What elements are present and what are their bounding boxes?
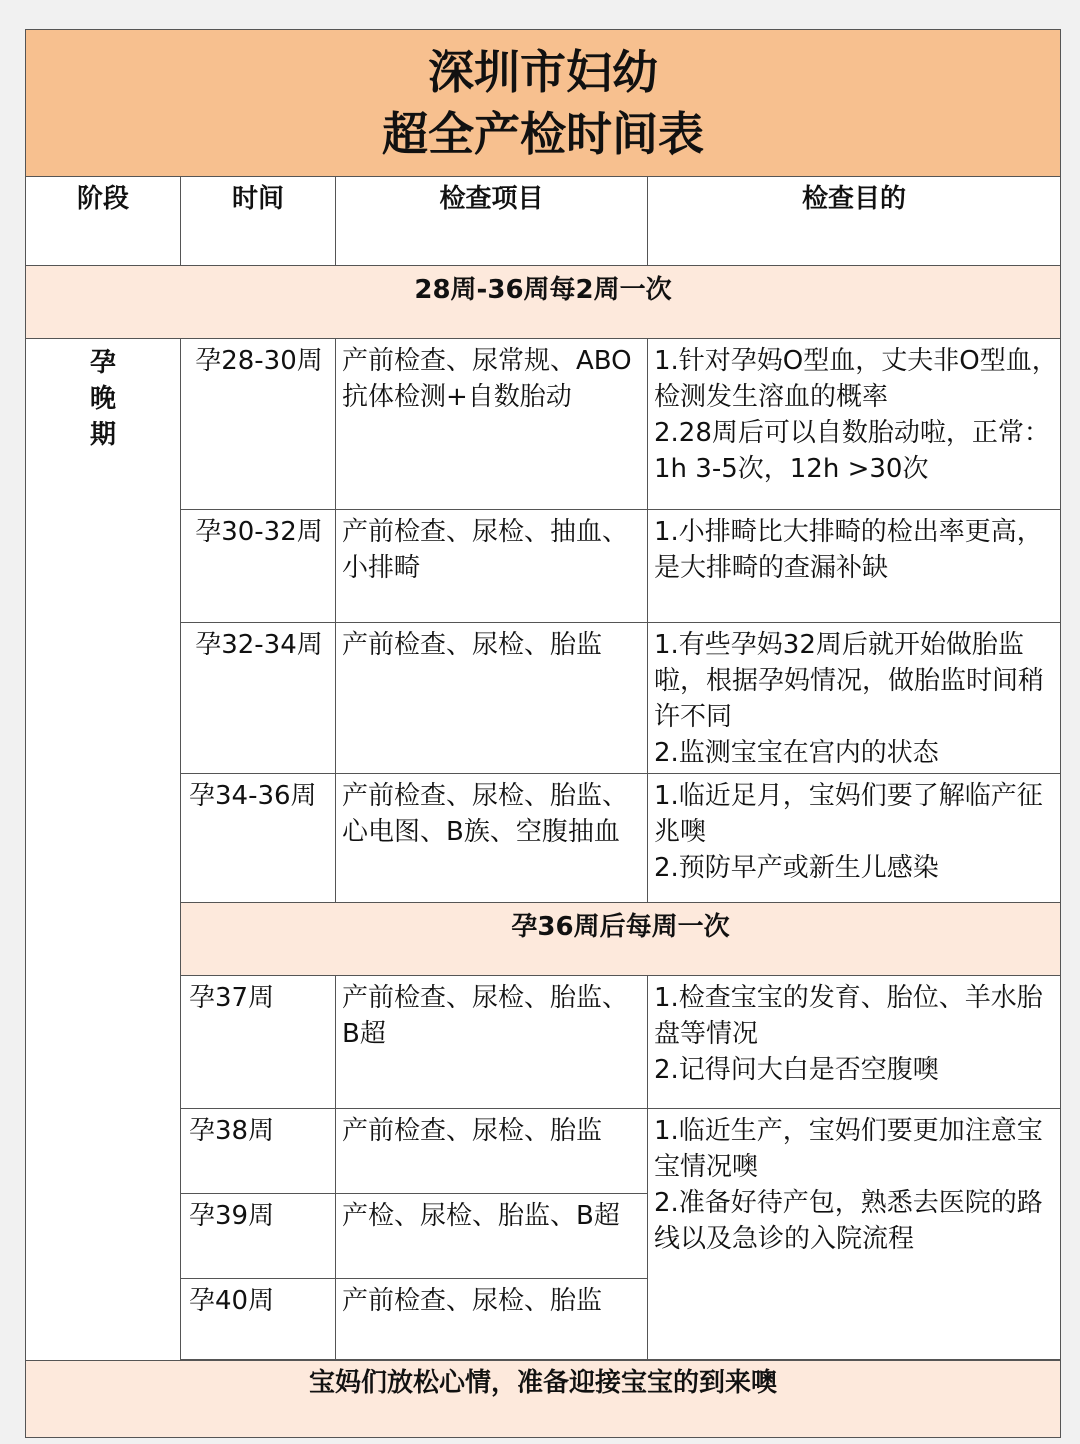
column-header-time: 时间 xyxy=(181,177,336,266)
table-row: 孕38周 产前检查、尿检、胎监 1.临近生产，宝妈们要更加注意宝宝情况噢 2.准… xyxy=(26,1109,1061,1194)
purpose-cell: 1.检查宝宝的发育、胎位、羊水胎盘等情况 2.记得问大白是否空腹噢 xyxy=(648,976,1061,1109)
items-cell: 产前检查、尿常规、ABO抗体检测+自数胎动 xyxy=(336,339,648,510)
table-row: 孕32-34周 产前检查、尿检、胎监 1.有些孕妈32周后就开始做胎监啦，根据孕… xyxy=(26,623,1061,774)
items-cell: 产检、尿检、胎监、B超 xyxy=(336,1194,648,1279)
purpose-cell: 1.针对孕妈O型血，丈夫非O型血，检测发生溶血的概率 2.28周后可以自数胎动啦… xyxy=(648,339,1061,510)
section-band-biweekly: 28周-36周每2周一次 xyxy=(26,266,1061,339)
time-cell: 孕37周 xyxy=(181,976,336,1109)
time-cell: 孕34-36周 xyxy=(181,774,336,903)
time-cell: 孕32-34周 xyxy=(181,623,336,774)
time-cell: 孕28-30周 xyxy=(181,339,336,510)
time-cell: 孕40周 xyxy=(181,1279,336,1360)
checkup-schedule-sheet: 深圳市妇幼 超全产检时间表 阶段 时间 检查项目 检查目的 28周-36周每2周… xyxy=(25,29,1060,1438)
purpose-cell: 1.临近生产，宝妈们要更加注意宝宝情况噢 2.准备好待产包，熟悉去医院的路线以及… xyxy=(648,1109,1061,1360)
purpose-cell: 1.临近足月，宝妈们要了解临产征兆噢 2.预防早产或新生儿感染 xyxy=(648,774,1061,903)
stage-char: 孕 xyxy=(26,345,180,381)
column-header-stage: 阶段 xyxy=(26,177,181,266)
title-line-1: 深圳市妇幼 xyxy=(26,41,1060,103)
items-cell: 产前检查、尿检、胎监 xyxy=(336,1109,648,1194)
table-row: 孕34-36周 产前检查、尿检、胎监、心电图、B族、空腹抽血 1.临近足月，宝妈… xyxy=(26,774,1061,903)
page-title: 深圳市妇幼 超全产检时间表 xyxy=(26,30,1061,177)
schedule-table: 深圳市妇幼 超全产检时间表 阶段 时间 检查项目 检查目的 28周-36周每2周… xyxy=(25,29,1061,1438)
time-cell: 孕39周 xyxy=(181,1194,336,1279)
items-cell: 产前检查、尿检、抽血、小排畸 xyxy=(336,510,648,623)
section-band-weekly: 孕36周后每周一次 xyxy=(181,903,1061,976)
table-header-row: 阶段 时间 检查项目 检查目的 xyxy=(26,177,1061,266)
time-cell: 孕38周 xyxy=(181,1109,336,1194)
items-cell: 产前检查、尿检、胎监 xyxy=(336,1279,648,1360)
footer-message: 宝妈们放松心情，准备迎接宝宝的到来噢 xyxy=(26,1361,1061,1438)
items-cell: 产前检查、尿检、胎监 xyxy=(336,623,648,774)
stage-char: 晚 xyxy=(26,381,180,417)
items-cell: 产前检查、尿检、胎监、心电图、B族、空腹抽血 xyxy=(336,774,648,903)
table-row: 孕 晚 期 孕28-30周 产前检查、尿常规、ABO抗体检测+自数胎动 1.针对… xyxy=(26,339,1061,510)
column-header-purpose: 检查目的 xyxy=(648,177,1061,266)
column-header-items: 检查项目 xyxy=(336,177,648,266)
table-row: 孕30-32周 产前检查、尿检、抽血、小排畸 1.小排畸比大排畸的检出率更高，是… xyxy=(26,510,1061,623)
title-line-2: 超全产检时间表 xyxy=(26,103,1060,165)
items-cell: 产前检查、尿检、胎监、B超 xyxy=(336,976,648,1109)
stage-cell: 孕 晚 期 xyxy=(26,339,181,1361)
time-cell: 孕30-32周 xyxy=(181,510,336,623)
purpose-cell: 1.小排畸比大排畸的检出率更高，是大排畸的查漏补缺 xyxy=(648,510,1061,623)
purpose-cell: 1.有些孕妈32周后就开始做胎监啦，根据孕妈情况，做胎监时间稍许不同 2.监测宝… xyxy=(648,623,1061,774)
stage-char: 期 xyxy=(26,417,180,453)
table-row: 孕37周 产前检查、尿检、胎监、B超 1.检查宝宝的发育、胎位、羊水胎盘等情况 … xyxy=(26,976,1061,1109)
